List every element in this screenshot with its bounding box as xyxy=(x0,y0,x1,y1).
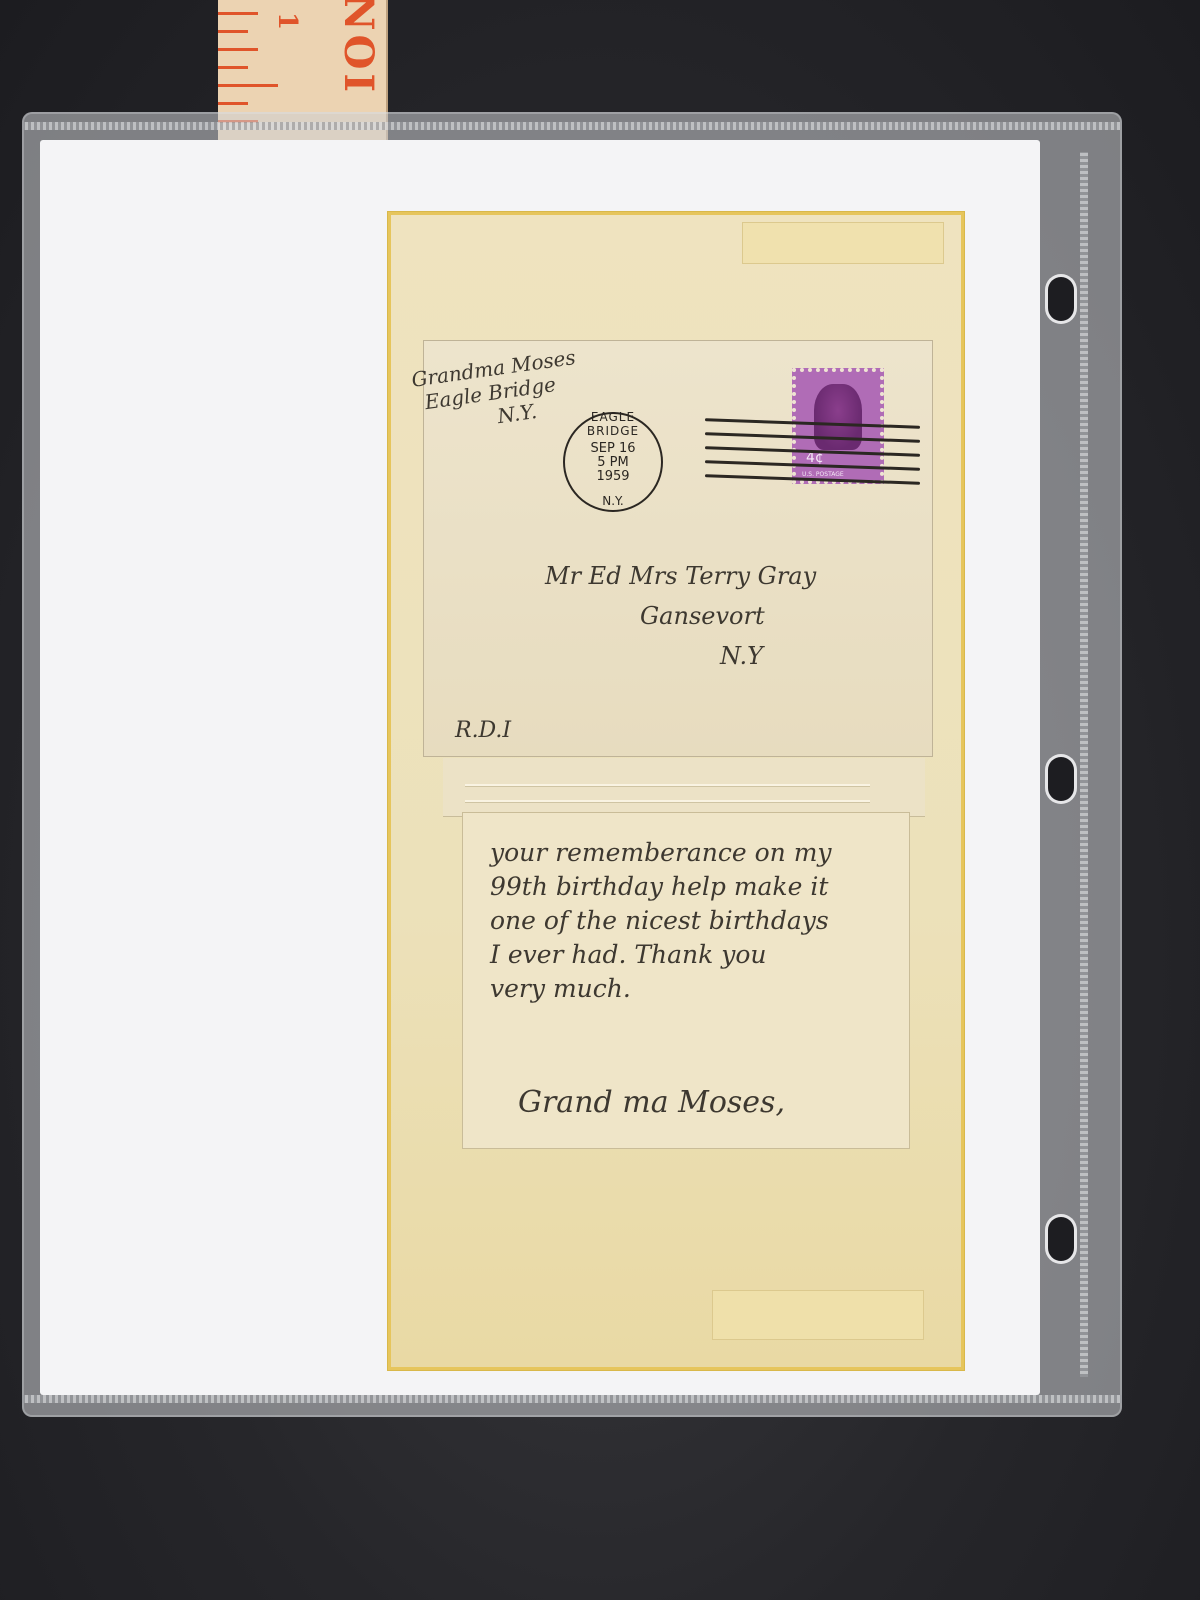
emboss-line xyxy=(465,800,870,802)
ruler-tick xyxy=(218,84,278,87)
card-line: 99th birthday help make it xyxy=(490,870,832,904)
ruler-number: 1 xyxy=(272,12,302,30)
recipient-line: N.Y xyxy=(545,636,816,676)
signature: Grand ma Moses, xyxy=(518,1085,785,1120)
emboss-line xyxy=(465,784,870,786)
postmark-year: 1959 xyxy=(565,470,661,484)
postmark-state: N.Y. xyxy=(565,494,661,508)
ruler-tick xyxy=(218,48,258,51)
sleeve-bottom-edge xyxy=(22,1395,1122,1403)
tape-bottom xyxy=(712,1290,924,1340)
postmark: EAGLE BRIDGE SEP 16 5 PM 1959 N.Y. xyxy=(563,412,663,512)
recipient-address: Mr Ed Mrs Terry Gray Gansevort N.Y xyxy=(545,556,816,676)
postmark-time: 5 PM xyxy=(565,456,661,470)
binder-hole xyxy=(1048,757,1074,801)
sleeve-top-edge xyxy=(22,122,1122,130)
card-fold xyxy=(443,758,925,817)
card-message: your rememberance on my 99th birthday he… xyxy=(490,836,832,1006)
recipient-line: Gansevort xyxy=(545,596,816,636)
binder-hole xyxy=(1048,1217,1074,1261)
ruler-tick xyxy=(218,30,248,33)
card-line: your rememberance on my xyxy=(490,836,832,870)
sleeve-binding-edge xyxy=(1080,152,1088,1377)
postmark-date: SEP 16 xyxy=(565,442,661,456)
ruler-tick xyxy=(218,66,248,69)
card-line: one of the nicest birthdays xyxy=(490,904,832,938)
tape-top xyxy=(742,222,944,264)
card-line: I ever had. Thank you xyxy=(490,938,832,972)
postmark-city: EAGLE BRIDGE xyxy=(565,410,661,438)
envelope-note: R.D.I xyxy=(455,718,511,743)
ruler-text: NOI xyxy=(342,0,382,96)
binder-hole xyxy=(1048,277,1074,321)
card-line: very much. xyxy=(490,972,832,1006)
ruler-tick xyxy=(218,12,258,15)
ruler-tick xyxy=(218,102,248,105)
recipient-line: Mr Ed Mrs Terry Gray xyxy=(545,556,816,596)
